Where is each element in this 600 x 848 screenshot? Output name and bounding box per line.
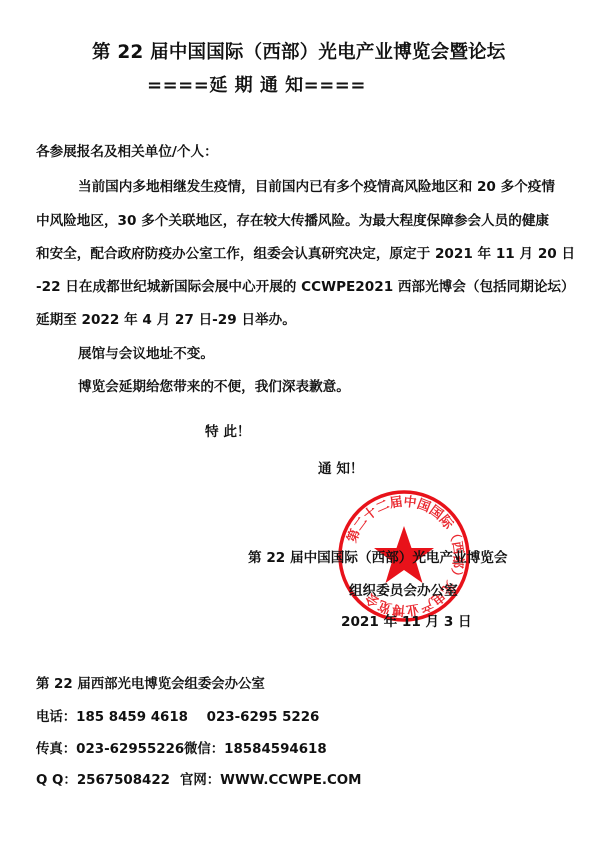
paragraph-line: -22 日在成都世纪城新国际会展中心开展的 CCWPE2021 西部光博会（包括… xyxy=(36,275,575,295)
signature-date: 2021 年 11 月 3 日 xyxy=(341,610,472,630)
paragraph-venue: 展馆与会议地址不变。 xyxy=(78,342,214,362)
closing-tecí: 特 此！ xyxy=(205,420,251,440)
footer-office: 第 22 届西部光电博览会组委会办公室 xyxy=(36,673,265,692)
salutation: 各参展报名及相关单位/个人： xyxy=(36,140,218,160)
website-link[interactable]: WWW.CCWPE.COM xyxy=(220,773,361,788)
footer-fax: 传真：023-62955226 xyxy=(36,738,184,757)
document-title: 第 22 届中国国际（西部）光电产业博览会暨论坛 xyxy=(92,38,505,64)
phone-value: 185 8459 4618 023-6295 5226 xyxy=(76,710,319,725)
wechat-label: 微信： xyxy=(184,742,224,757)
signature-org-line1: 第 22 届中国国际（西部）光电产业博览会 xyxy=(248,546,507,566)
footer-wechat: 微信：18584594618 xyxy=(184,738,327,757)
paragraph-line: 中风险地区，30 多个关联地区，存在较大传播风险。为最大程度保障参会人员的健康 xyxy=(36,209,549,229)
document-subtitle: ====延 期 通 知==== xyxy=(147,71,366,97)
paragraph-line: 延期至 2022 年 4 月 27 日-29 日举办。 xyxy=(36,308,296,328)
wechat-value: 18584594618 xyxy=(224,742,327,757)
qq-value: 2567508422 xyxy=(77,773,170,788)
phone-label: 电话： xyxy=(36,710,76,725)
qq-label: Q Q： xyxy=(36,773,77,788)
paragraph-apology: 博览会延期给您带来的不便，我们深表歉意。 xyxy=(78,375,350,395)
website-label: 官网： xyxy=(180,773,220,788)
paragraph-line: 当前国内多地相继发生疫情，目前国内已有多个疫情高风险地区和 20 多个疫情 xyxy=(78,175,555,195)
closing-notice: 通 知！ xyxy=(318,457,364,477)
footer-qq: Q Q：2567508422 xyxy=(36,769,170,788)
footer-website: 官网：WWW.CCWPE.COM xyxy=(180,769,362,788)
signature-org-line2: 组织委员会办公室 xyxy=(349,579,458,599)
fax-value: 023-62955226 xyxy=(76,742,184,757)
footer-phone: 电话：185 8459 4618 023-6295 5226 xyxy=(36,706,319,725)
paragraph-line: 和安全，配合政府防疫办公室工作，组委会认真研究决定，原定于 2021 年 11 … xyxy=(36,242,575,262)
fax-label: 传真： xyxy=(36,742,76,757)
